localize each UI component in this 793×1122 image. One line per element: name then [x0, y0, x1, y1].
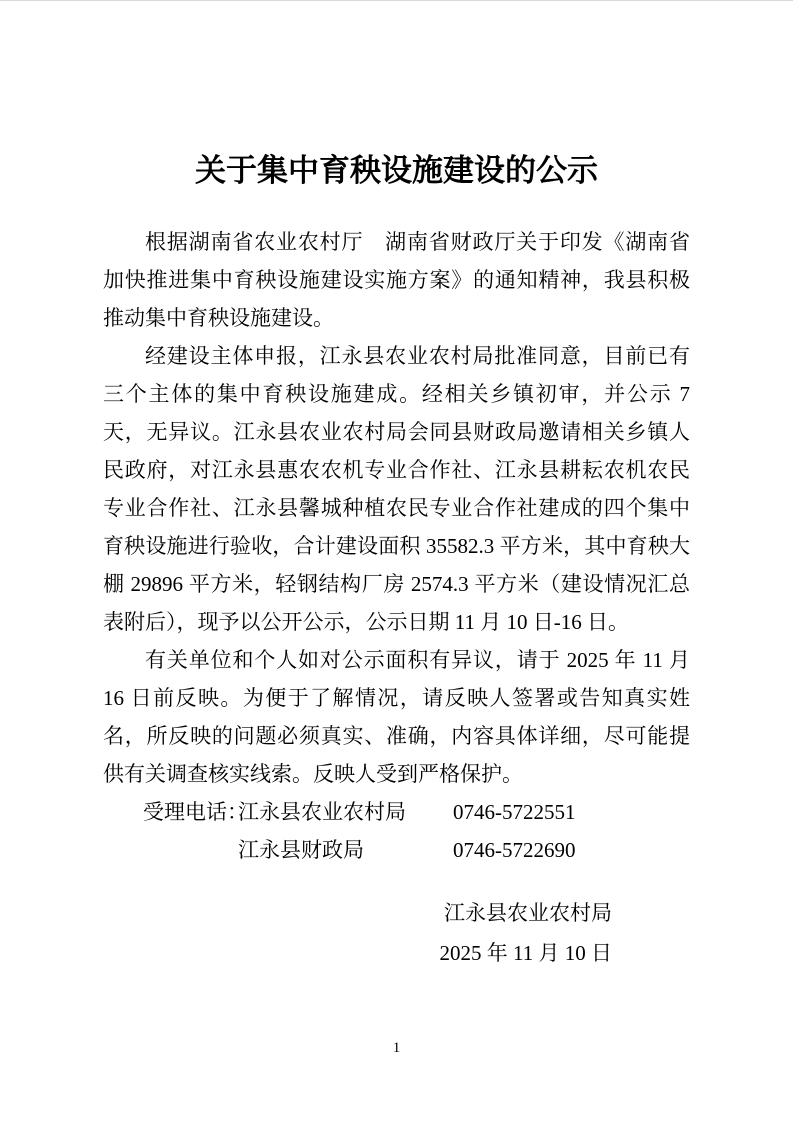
contact-line-finance-bureau: 江永县财政局 0746-5722690	[103, 831, 690, 869]
page-number: 1	[0, 1039, 793, 1057]
signature-block: 江永县农业农村局 2025 年 11 月 10 日	[103, 893, 690, 973]
contact-label-spacer	[143, 831, 238, 869]
contact-org-name: 江永县农业农村局	[238, 793, 453, 831]
signature-issuing-org: 江永县农业农村局	[103, 893, 612, 933]
contact-phone-number: 0746-5722690	[453, 831, 576, 869]
document-page: 关于集中育秧设施建设的公示 根据湖南省农业农村厅 湖南省财政厅关于印发《湖南省加…	[0, 0, 793, 1122]
contact-line-agriculture-bureau: 受理电话： 江永县农业农村局 0746-5722551	[103, 793, 690, 831]
paragraph-acceptance-details: 经建设主体申报，江永县农业农村局批准同意，目前已有三个主体的集中育秧设施建成。经…	[103, 337, 690, 641]
contact-label: 受理电话：	[143, 793, 238, 831]
contact-org-name: 江永县财政局	[238, 831, 453, 869]
document-content: 关于集中育秧设施建设的公示 根据湖南省农业农村厅 湖南省财政厅关于印发《湖南省加…	[103, 149, 690, 973]
document-title: 关于集中育秧设施建设的公示	[103, 149, 690, 193]
signature-date: 2025 年 11 月 10 日	[103, 933, 612, 973]
contact-phone-number: 0746-5722551	[453, 793, 576, 831]
paragraph-objection-instructions: 有关单位和个人如对公示面积有异议，请于 2025 年 11 月 16 日前反映。…	[103, 641, 690, 793]
paragraph-basis: 根据湖南省农业农村厅 湖南省财政厅关于印发《湖南省加快推进集中育秧设施建设实施方…	[103, 223, 690, 337]
